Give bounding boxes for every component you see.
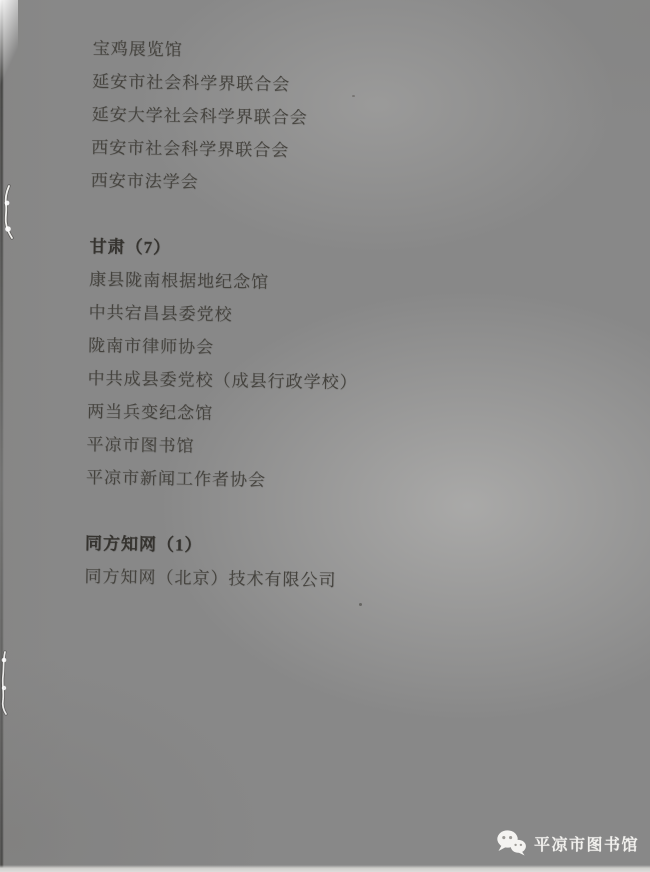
wechat-watermark: 平凉市图书馆 xyxy=(496,827,639,859)
org-name-line: 平凉市新闻工作者协会 xyxy=(86,461,566,502)
paper-speck xyxy=(359,603,362,606)
photo-bottom-edge xyxy=(0,865,650,872)
org-section-shaanxi: 宝鸡展览馆 延安市社会科学界联合会 延安大学社会科学界联合会 西安市社会科学界联… xyxy=(90,32,573,205)
org-section-cnki: 同方知网（1） 同方知网（北京）技术有限公司 xyxy=(84,527,565,601)
page-left-edge xyxy=(0,0,3,872)
document-page-photo: 宝鸡展览馆 延安市社会科学界联合会 延安大学社会科学界联合会 西安市社会科学界联… xyxy=(0,0,650,872)
staple-icon xyxy=(1,183,17,243)
watermark-label: 平凉市图书馆 xyxy=(534,832,639,855)
org-name-line: 同方知网（北京）技术有限公司 xyxy=(84,560,564,601)
wechat-icon xyxy=(496,829,527,857)
organization-list: 宝鸡展览馆 延安市社会科学界联合会 延安大学社会科学界联合会 西安市社会科学界联… xyxy=(84,32,573,600)
org-section-gansu: 甘肃（7） 康县陇南根据地纪念馆 中共宕昌县委党校 陇南市律师协会 中共成县委党… xyxy=(86,230,570,502)
org-name-line: 西安市法学会 xyxy=(90,164,570,205)
